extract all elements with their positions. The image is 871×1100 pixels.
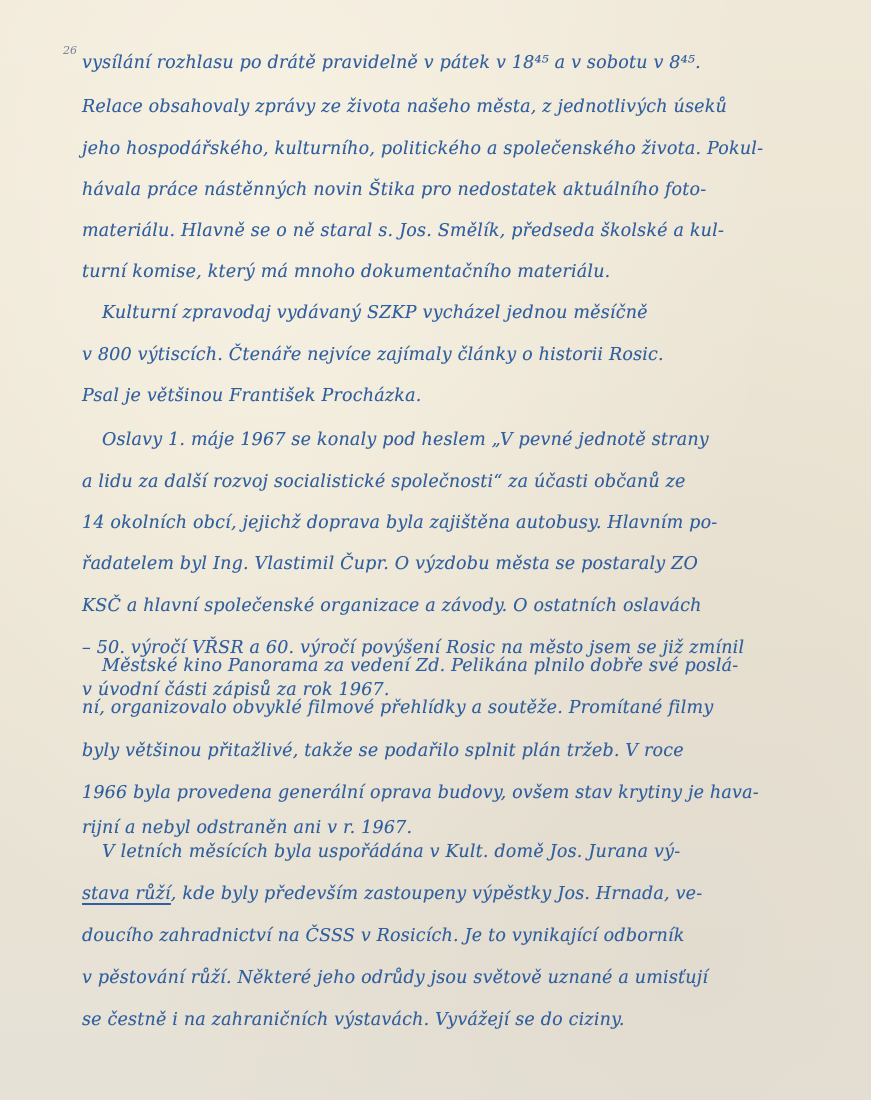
text-line: 1966 byla provedena generální oprava bud… [82,783,759,803]
text-line: ní, organizovalo obvyklé filmové přehlíd… [82,698,713,718]
text-line: Psal je většinou František Procházka. [82,386,421,406]
text-line: Městské kino Panorama za vedení Zd. Peli… [102,656,738,676]
text-line: jeho hospodářského, kulturního, politick… [82,139,763,159]
text-line: – 50. výročí VŘSR a 60. výročí povýšení … [82,638,744,658]
text-line: V letních měsících byla uspořádána v Kul… [102,842,680,862]
text-line: Kulturní zpravodaj vydávaný SZKP vycháze… [102,303,648,323]
text-line: doucího zahradnictví na ČSSS v Rosicích.… [82,926,685,946]
text-line: řadatelem byl Ing. Vlastimil Čupr. O výz… [82,554,698,574]
text-line: 14 okolních obcí, jejichž doprava byla z… [82,513,717,533]
text-line: v úvodní části zápisů za rok 1967. [82,680,390,700]
page-number: 26 [63,44,77,57]
text-line: Relace obsahovaly zprávy ze života našeh… [82,97,727,117]
text-line: turní komise, který má mnoho dokumentačn… [82,262,610,282]
text-line: v pěstování růží. Některé jeho odrůdy js… [82,968,708,988]
text-line: byly většinou přitažlivé, takže se podař… [82,741,684,761]
text-line: a lidu za další rozvoj socialistické spo… [82,472,686,492]
text-line: KSČ a hlavní společenské organizace a zá… [82,596,702,616]
chronicle-page: 26 vysílání rozhlasu po drátě pravidelně… [0,0,871,1100]
text-line: hávala práce nástěnných novin Štika pro … [82,180,706,200]
text-line: materiálu. Hlavně se o ně staral s. Jos.… [82,221,724,241]
underlined-phrase: stava růží [82,884,171,904]
text-line: se čestně i na zahraničních výstavách. V… [82,1010,625,1030]
text-line: stava růží, kde byly především zastoupen… [82,884,702,904]
text-line: v 800 výtiscích. Čtenáře nejvíce zajímal… [82,345,664,365]
text-line: rijní a nebyl odstraněn ani v r. 1967. [82,818,412,838]
text-line: Oslavy 1. máje 1967 se konaly pod heslem… [102,430,709,450]
text-line: vysílání rozhlasu po drátě pravidelně v … [82,53,701,73]
